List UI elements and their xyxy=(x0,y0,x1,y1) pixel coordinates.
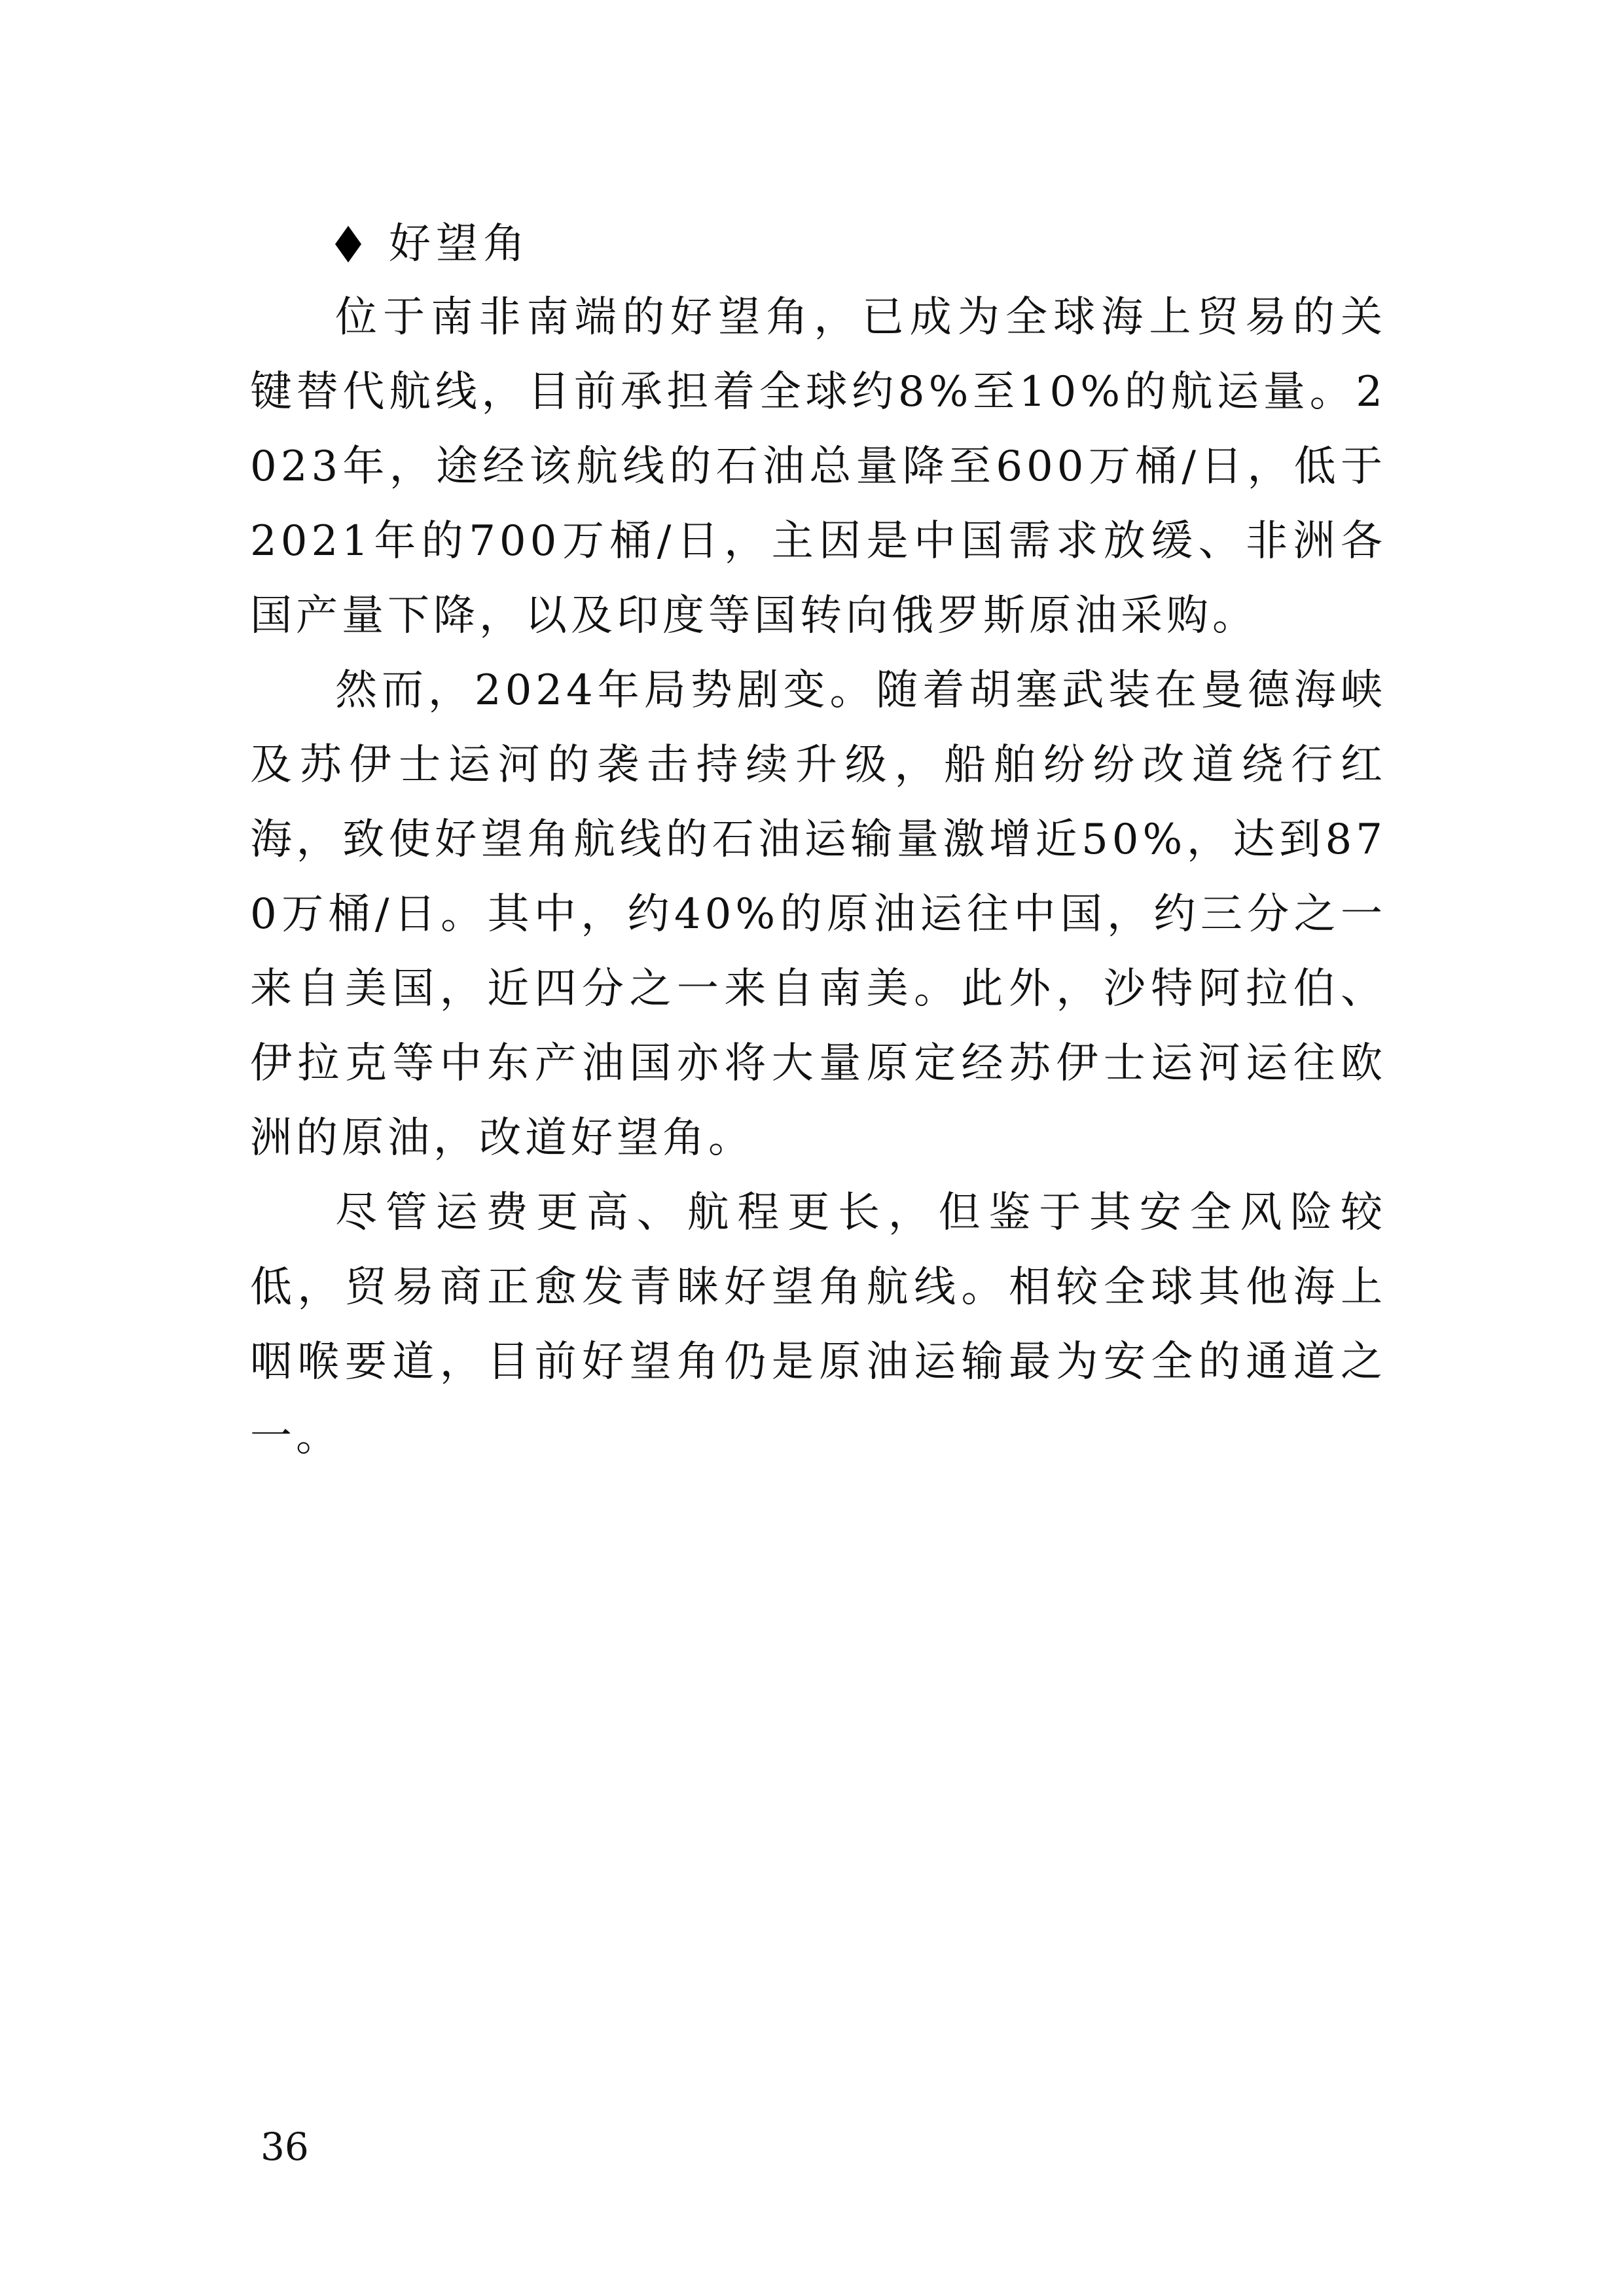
page-content: 好望角 位于南非南端的好望角，已成为全球海上贸易的关键替代航线，目前承担着全球约… xyxy=(250,208,1386,1474)
page-number: 36 xyxy=(261,2121,309,2173)
section-heading: 好望角 xyxy=(335,208,1386,280)
black-diamond-icon xyxy=(335,226,361,262)
paragraph-2: 然而，2024年局势剧变。随着胡塞武装在曼德海峡及苏伊士运河的袭击持续升级，船舶… xyxy=(250,653,1386,1175)
paragraph-1: 位于南非南端的好望角，已成为全球海上贸易的关键替代航线，目前承担着全球约8%至1… xyxy=(250,280,1386,653)
section-heading-text: 好望角 xyxy=(389,208,530,280)
document-page: 好望角 位于南非南端的好望角，已成为全球海上贸易的关键替代航线，目前承担着全球约… xyxy=(0,0,1624,2296)
paragraph-3: 尽管运费更高、航程更长，但鉴于其安全风险较低，贸易商正愈发青睐好望角航线。相较全… xyxy=(250,1175,1386,1474)
